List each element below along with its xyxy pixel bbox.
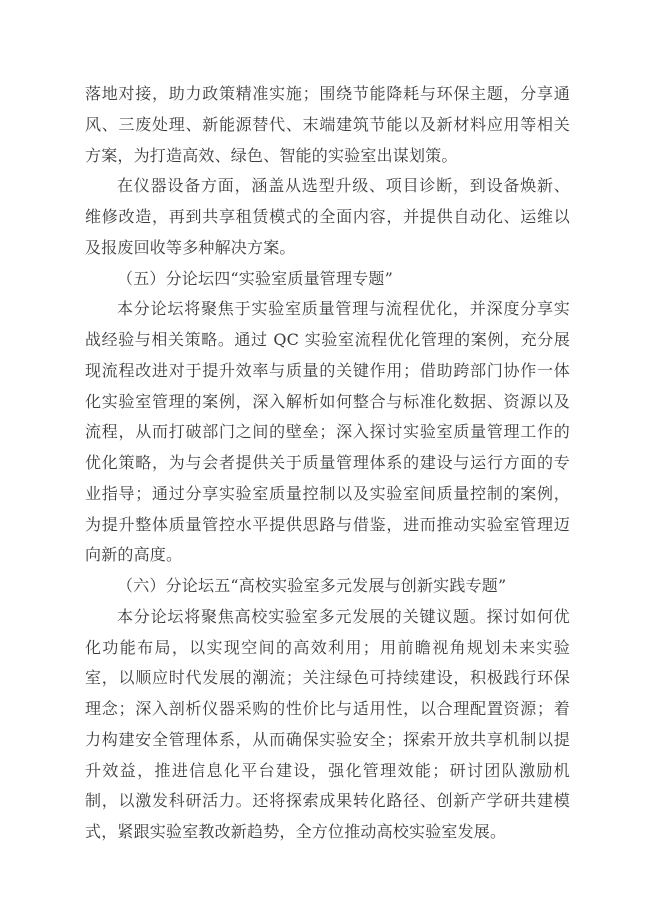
paragraph-continuation: 落地对接，助力政策精准实施；围绕节能降耗与环保主题，分享通风、三废处理、新能源替… xyxy=(85,79,570,171)
document-page: 落地对接，助力政策精准实施；围绕节能降耗与环保主题，分享通风、三废处理、新能源替… xyxy=(0,0,655,910)
paragraph-forum-4-body: 本分论坛将聚焦于实验室质量管理与流程优化，并深度分享实战经验与相关策略。通过 Q… xyxy=(85,294,570,571)
document-body: 落地对接，助力政策精准实施；围绕节能降耗与环保主题，分享通风、三废处理、新能源替… xyxy=(85,79,570,848)
paragraph-forum-5-body: 本分论坛将聚焦高校实验室多元发展的关键议题。探讨如何优化功能布局，以实现空间的高… xyxy=(85,602,570,848)
paragraph-equipment: 在仪器设备方面，涵盖从选型升级、项目诊断，到设备焕新、维修改造，再到共享租赁模式… xyxy=(85,171,570,263)
section-heading-forum-5: （六）分论坛五“高校实验室多元发展与创新实践专题” xyxy=(85,571,570,602)
section-heading-forum-4: （五）分论坛四“实验室质量管理专题” xyxy=(85,264,570,295)
